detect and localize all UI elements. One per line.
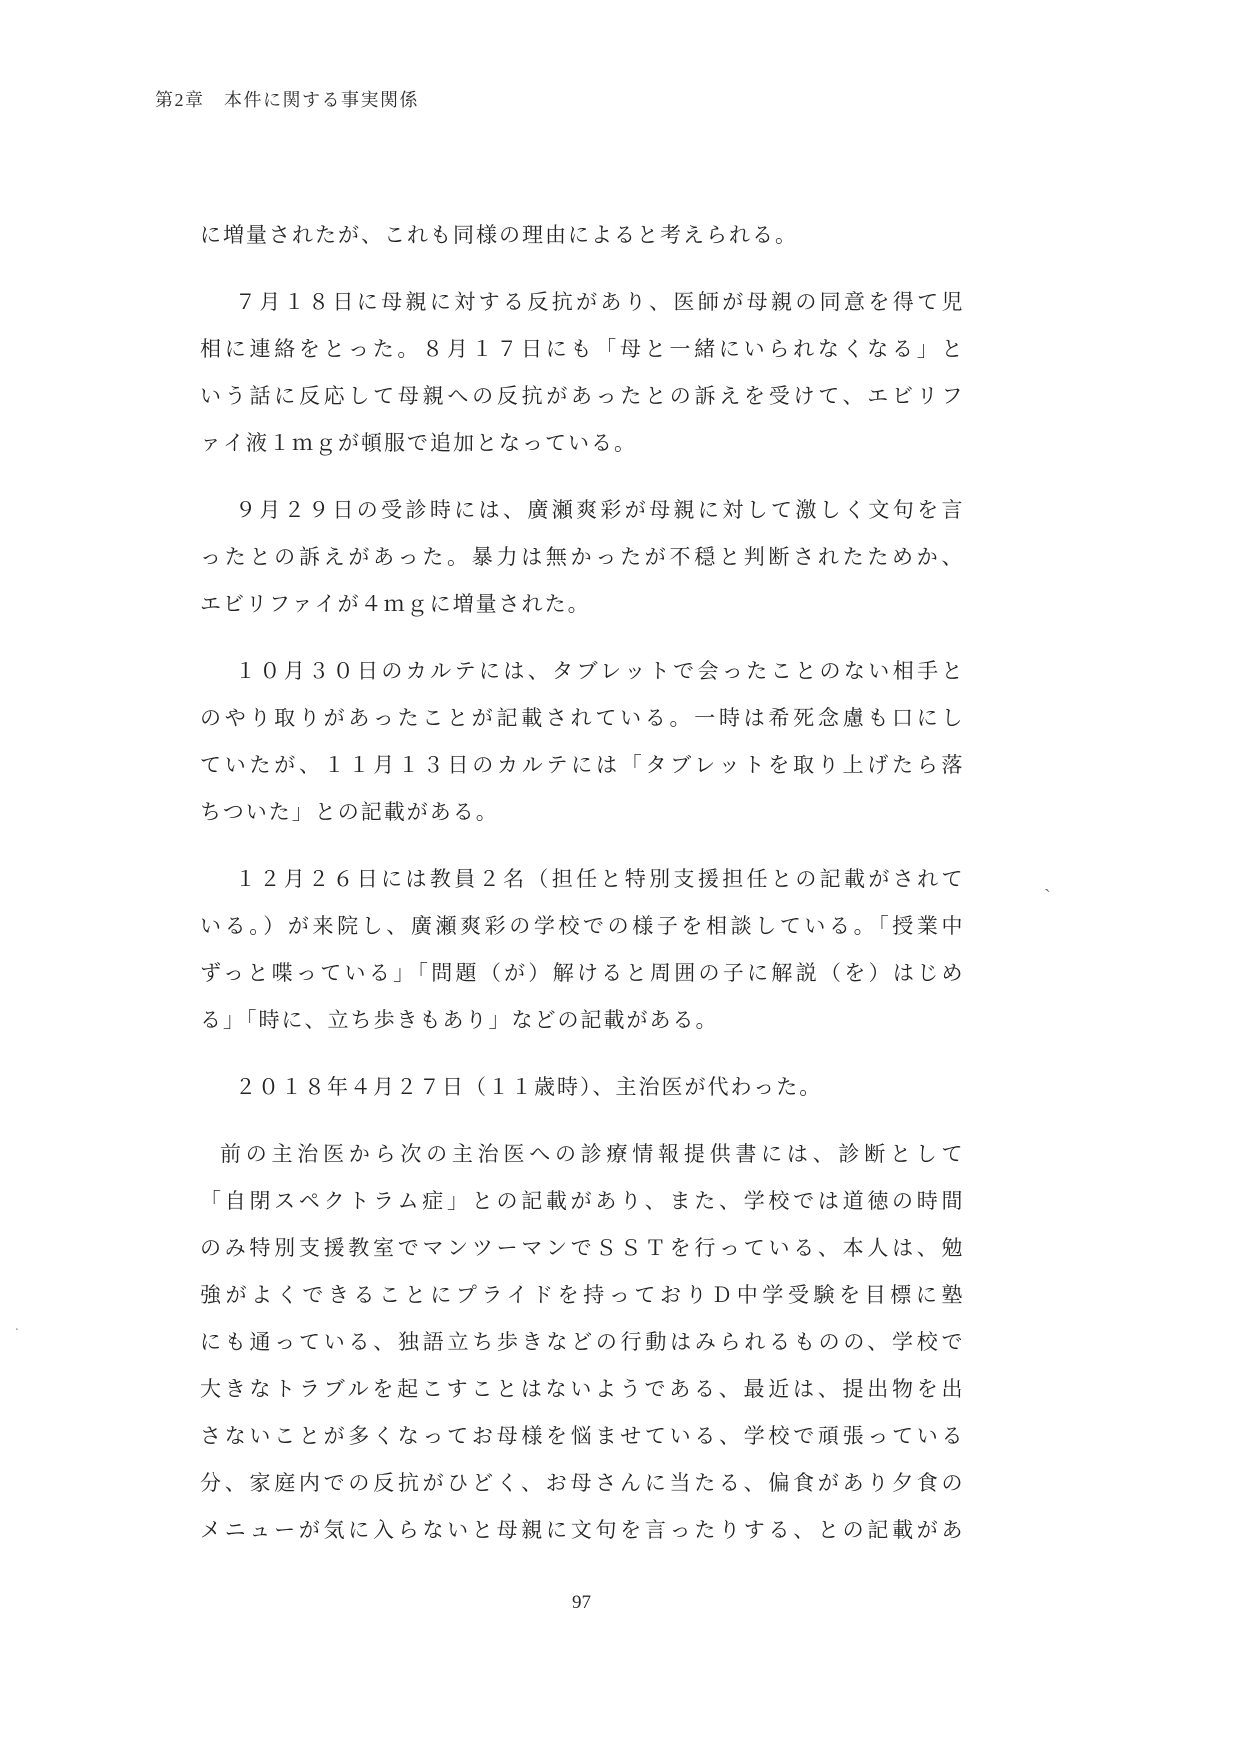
body-line: 大きなトラブルを起こすことはないようである、最近は、提出物を出: [200, 1366, 963, 1413]
body-line: ７月１８日に母親に対する反抗があり、医師が母親の同意を得て児: [200, 279, 963, 326]
body-line: る」「時に、立ち歩きもあり」などの記載がある。: [200, 997, 963, 1044]
body-line: ９月２９日の受診時には、廣瀬爽彩が母親に対して激しく文句を言: [200, 487, 963, 534]
body-line: ２０１８年４月２７日（１１歳時）、主治医が代わった。: [200, 1064, 963, 1111]
paragraph: ２０１８年４月２７日（１１歳時）、主治医が代わった。: [200, 1064, 963, 1111]
body-line: ちついた」との記載がある。: [200, 789, 963, 836]
body-line: いう話に反応して母親への反抗があったとの訴えを受けて、エビリフ: [200, 373, 963, 420]
body-line: のやり取りがあったことが記載されている。一時は希死念慮も口にし: [200, 695, 963, 742]
paragraph: 前の主治医から次の主治医への診療情報提供書には、診断として 「自閉スペクトラム症…: [200, 1131, 963, 1554]
body-line: にも通っている、独語立ち歩きなどの行動はみられるものの、学校で: [200, 1319, 963, 1366]
body-line: ったとの訴えがあった。暴力は無かったが不穏と判断されたためか、: [200, 534, 963, 581]
page-number: 97: [200, 1592, 963, 1614]
scan-artifact-mark: `: [1044, 886, 1051, 909]
body-line: エビリファイが４ｍｇに増量された。: [200, 581, 963, 628]
body-line: いる。）が来院し、廣瀬爽彩の学校での様子を相談している。「授業中: [200, 903, 963, 950]
body-line: ずっと喋っている」「問題（が）解けると周囲の子に解説（を）はじめ: [200, 950, 963, 997]
body-line: １２月２６日には教員２名（担任と特別支援担任との記載がされて: [200, 856, 963, 903]
document-page: 第2章 本件に関する事実関係 に増量されたが、これも同様の理由によると考えられる…: [0, 0, 1239, 1754]
body-line: さないことが多くなってお母様を悩ませている、学校で頑張っている: [200, 1413, 963, 1460]
body-line: ていたが、１１月１３日のカルテには「タブレットを取り上げたら落: [200, 742, 963, 789]
paragraph: ９月２９日の受診時には、廣瀬爽彩が母親に対して激しく文句を言 ったとの訴えがあっ…: [200, 487, 963, 628]
chapter-heading: 第2章 本件に関する事実関係: [155, 86, 419, 112]
body-line: のみ特別支援教室でマンツーマンでＳＳＴを行っている、本人は、勉: [200, 1225, 963, 1272]
paragraph: １２月２６日には教員２名（担任と特別支援担任との記載がされて いる。）が来院し、…: [200, 856, 963, 1044]
body-text: に増量されたが、これも同様の理由によると考えられる。 ７月１８日に母親に対する反…: [200, 212, 963, 1554]
paragraph: １０月３０日のカルテには、タブレットで会ったことのない相手と のやり取りがあった…: [200, 648, 963, 836]
body-line: 分、家庭内での反抗がひどく、お母さんに当たる、偏食があり夕食の: [200, 1460, 963, 1507]
body-line: 前の主治医から次の主治医への診療情報提供書には、診断として: [200, 1131, 963, 1178]
body-line: に増量されたが、これも同様の理由によると考えられる。: [200, 212, 963, 259]
body-line: 相に連絡をとった。８月１７日にも「母と一緒にいられなくなる」と: [200, 326, 963, 373]
body-line: ァイ液１ｍｇが頓服で追加となっている。: [200, 420, 963, 467]
scan-artifact-dot: .: [15, 1318, 19, 1335]
body-line: メニューが気に入らないと母親に文句を言ったりする、との記載があ: [200, 1507, 963, 1554]
paragraph: に増量されたが、これも同様の理由によると考えられる。: [200, 212, 963, 259]
paragraph: ７月１８日に母親に対する反抗があり、医師が母親の同意を得て児 相に連絡をとった。…: [200, 279, 963, 467]
body-line: 強がよくできることにプライドを持っておりＤ中学受験を目標に塾: [200, 1272, 963, 1319]
body-line: 「自閉スペクトラム症」との記載があり、また、学校では道徳の時間: [200, 1178, 963, 1225]
body-line: １０月３０日のカルテには、タブレットで会ったことのない相手と: [200, 648, 963, 695]
